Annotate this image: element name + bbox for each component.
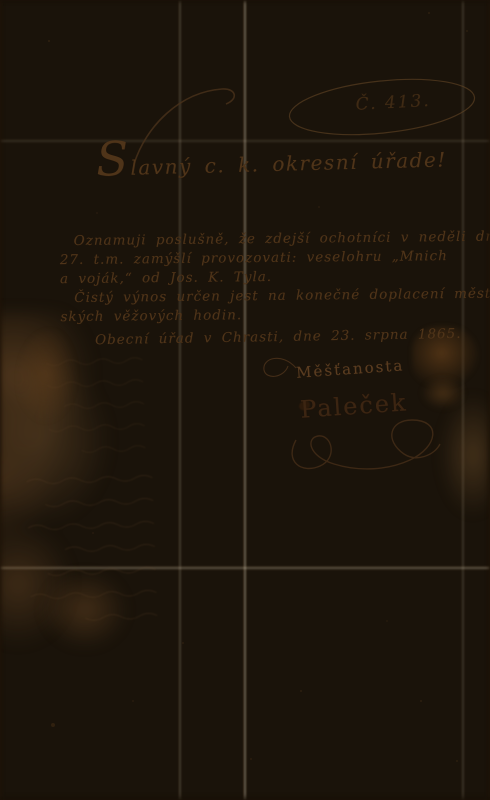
ink-bleedthrough bbox=[11, 468, 162, 638]
body-paragraph: Oznamuji poslušně, že zdejší ochotníci v… bbox=[60, 228, 469, 327]
salutation-initial: S bbox=[95, 136, 130, 184]
paper-sheet: Č. 413. Slavný c. k. okresní úřade! Ozna… bbox=[0, 0, 490, 800]
date-line: Obecní úřad v Chrasti, dne 23. srpna 186… bbox=[95, 326, 462, 348]
document-scan: Č. 413. Slavný c. k. okresní úřade! Ozna… bbox=[0, 0, 490, 800]
signature-flourish-icon bbox=[282, 412, 450, 480]
reference-number: Č. 413. bbox=[355, 91, 431, 115]
ink-bleedthrough bbox=[24, 350, 148, 464]
pen-flourish-icon bbox=[258, 352, 300, 382]
salutation-text: lavný c. k. okresní úřade! bbox=[130, 147, 447, 179]
paper-specks bbox=[0, 0, 2, 2]
signature-title: Měšťanosta bbox=[296, 356, 405, 382]
salutation-line: Slavný c. k. okresní úřade! bbox=[95, 127, 447, 183]
ink-stain-right-tail bbox=[420, 376, 466, 410]
body-line: ských věžových hodin. bbox=[60, 304, 468, 327]
